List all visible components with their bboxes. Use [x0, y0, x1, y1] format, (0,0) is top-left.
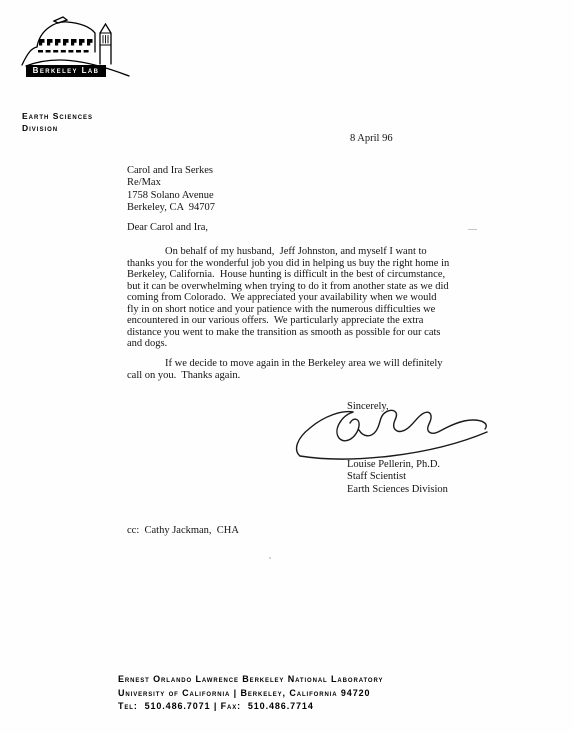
- cc-line: cc: Cathy Jackman, CHA: [127, 525, 239, 537]
- salutation: Dear Carol and Ira,: [127, 222, 208, 234]
- handwritten-signature: [290, 404, 502, 464]
- logo-wordmark: Berkeley Lab: [26, 65, 106, 77]
- logo-campanile-tower: [100, 24, 111, 64]
- scan-artifact: [269, 557, 271, 559]
- letter-page: Berkeley Lab Earth Sciences Division 8 A…: [0, 0, 574, 734]
- signer-block: Louise Pellerin, Ph.D. Staff Scientist E…: [347, 459, 448, 496]
- recipient-address: Carol and Ira Serkes Re/Max 1758 Solano …: [127, 165, 215, 214]
- letter-date: 8 April 96: [350, 133, 393, 145]
- footer-address-block: Ernest Orlando Lawrence Berkeley Nationa…: [118, 673, 383, 714]
- body-paragraph-1: On behalf of my husband, Jeff Johnston, …: [127, 246, 449, 350]
- logo-dome-outline: [37, 22, 95, 52]
- logo-dome-windows: [39, 39, 93, 46]
- logo-dome-windows-lower: [38, 50, 89, 53]
- logo-hill-swoosh: [22, 47, 37, 65]
- body-paragraph-2: If we decide to move again in the Berkel…: [127, 358, 443, 381]
- scan-artifact: [468, 229, 477, 230]
- division-name: Earth Sciences Division: [22, 110, 93, 134]
